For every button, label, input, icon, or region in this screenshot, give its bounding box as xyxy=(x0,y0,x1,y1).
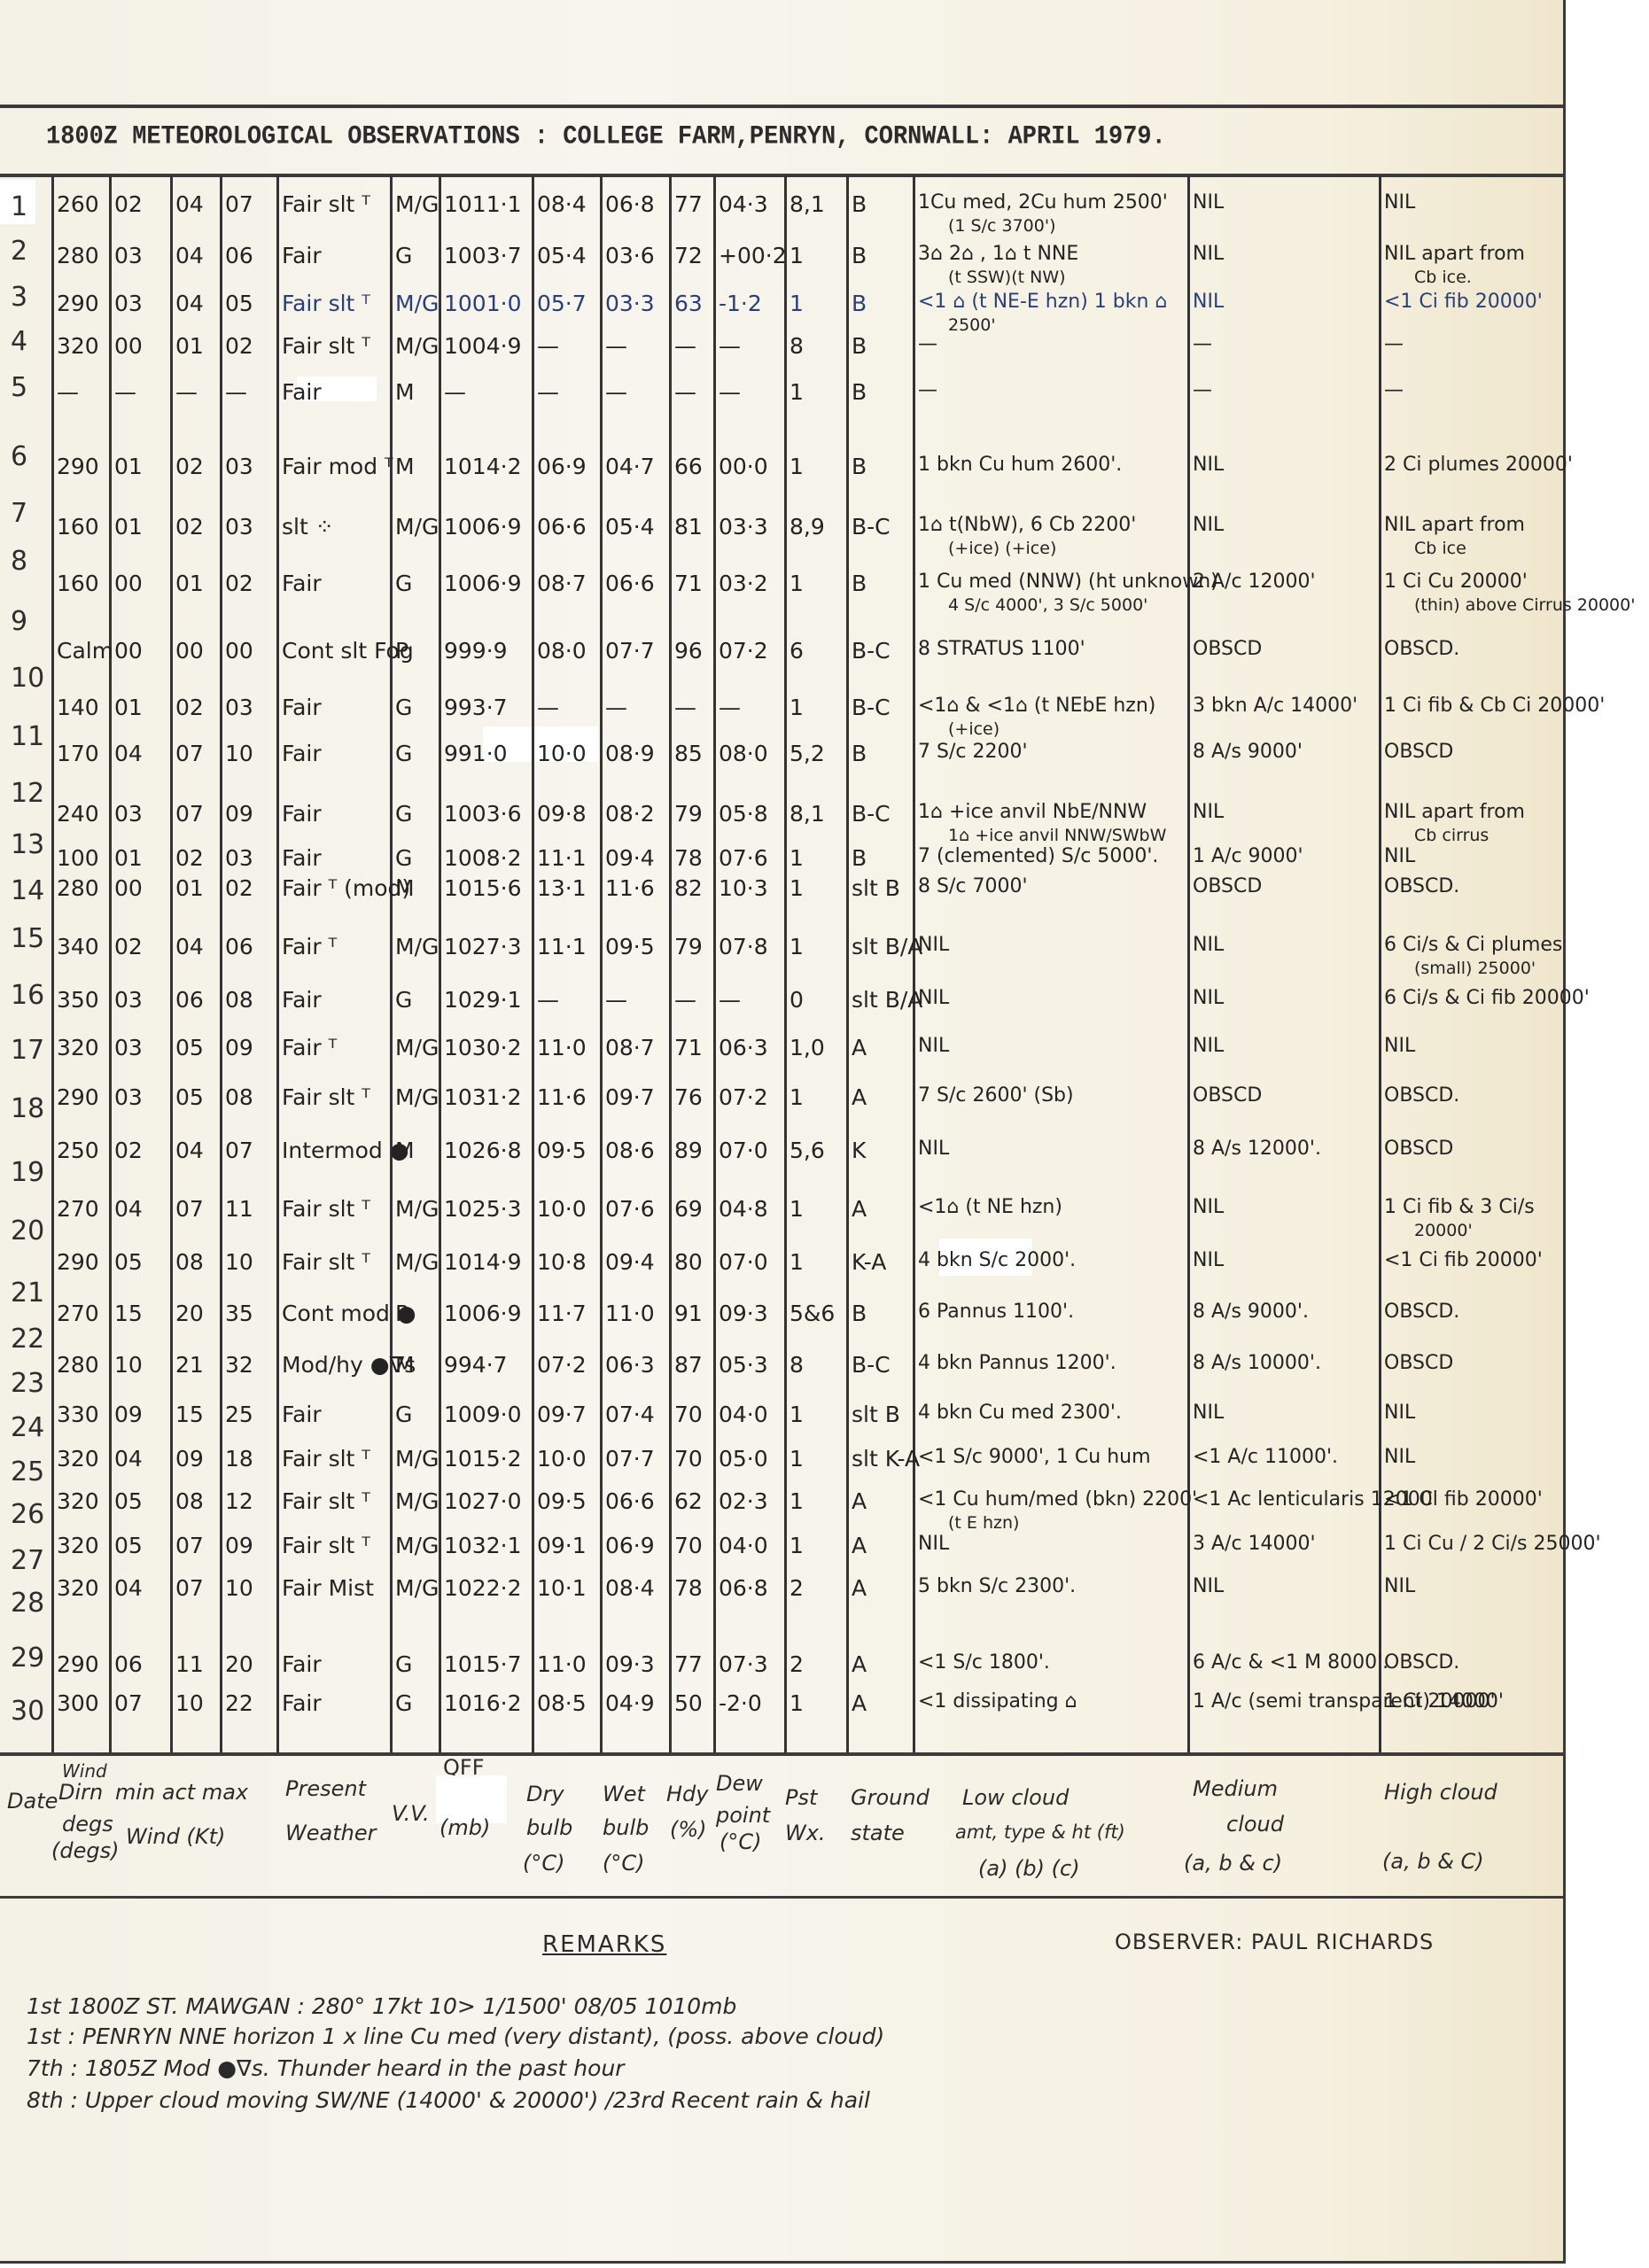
cell-high: 1 Ci 20000' xyxy=(1384,1690,1496,1713)
cell-wx: Fair xyxy=(282,1402,322,1427)
cell-vis: M/G xyxy=(395,934,439,959)
cell-dir: 280 xyxy=(57,243,99,268)
label-dew-point: point xyxy=(716,1804,770,1829)
cell-high: NIL xyxy=(1384,1035,1415,1057)
cell-min: 01 xyxy=(114,845,143,871)
cell-pst: 1 xyxy=(789,695,804,720)
cell-high: <1 Ci fib 20000' xyxy=(1384,291,1543,313)
cell-high: NIL apart from xyxy=(1384,514,1525,536)
cell-act: 01 xyxy=(175,571,204,596)
cell-wet: 07·7 xyxy=(605,638,655,664)
cell-wx: Fair ᵀ xyxy=(282,934,337,959)
cell-gnd: A xyxy=(852,1575,867,1601)
cell-wx: Fair slt ᵀ xyxy=(282,1084,370,1110)
cell-dry: 09·7 xyxy=(537,1402,587,1427)
cell-low: 7 S/c 2200' xyxy=(918,741,1028,763)
cell-dir: 300 xyxy=(57,1690,99,1716)
cell-gnd: A xyxy=(852,1196,867,1222)
cell-qff: 1022·2 xyxy=(444,1575,521,1601)
cell-hum: 77 xyxy=(674,1651,703,1677)
cell-high: — xyxy=(1384,333,1404,355)
cell-hum: 81 xyxy=(674,514,703,540)
cell-vis: G xyxy=(395,1651,412,1677)
cell-act: 07 xyxy=(175,1533,204,1558)
cell-vis: M/G xyxy=(395,1533,439,1558)
cell-qff: 1006·9 xyxy=(444,1301,521,1326)
cell-wx: Fair slt ᵀ xyxy=(282,333,370,359)
cell-high: OBSCD xyxy=(1384,741,1453,763)
cell-max: 10 xyxy=(225,1249,253,1275)
cell-pst: 5&6 xyxy=(789,1301,835,1326)
cell-qff: 1027·0 xyxy=(444,1488,521,1514)
cell-low-continued: 2500' xyxy=(948,315,996,335)
cell-max: 06 xyxy=(225,934,253,959)
cell-wet: 11·6 xyxy=(605,875,655,901)
cell-dew: 06·8 xyxy=(719,1575,768,1601)
cell-max: 25 xyxy=(225,1402,253,1427)
cell-max: 08 xyxy=(225,1084,253,1110)
cell-min: 00 xyxy=(114,333,143,359)
cell-dir: 100 xyxy=(57,845,99,871)
cell-act: 07 xyxy=(175,741,204,766)
label-wet-unit: (°C) xyxy=(603,1852,644,1876)
cell-qff: 1015·7 xyxy=(444,1651,521,1677)
cell-dir: 290 xyxy=(57,1084,99,1110)
cell-dir: 350 xyxy=(57,987,99,1013)
cell-gnd: B xyxy=(852,379,867,405)
cell-gnd: A xyxy=(852,1690,867,1716)
cell-wet: 08·2 xyxy=(605,801,655,827)
cell-dir: 250 xyxy=(57,1138,99,1163)
cell-min: 05 xyxy=(114,1249,143,1275)
cell-vis: M xyxy=(395,454,415,479)
cell-gnd: B xyxy=(852,845,867,871)
cell-high: OBSCD. xyxy=(1384,875,1459,897)
label-high-cloud: High cloud xyxy=(1384,1781,1497,1806)
cell-dew: — xyxy=(719,987,741,1013)
cell-dir: 330 xyxy=(57,1402,99,1427)
cell-hum: 71 xyxy=(674,571,703,596)
cell-wet: — xyxy=(605,379,627,405)
cell-max: 22 xyxy=(225,1690,253,1716)
cell-med: 8 A/s 9000' xyxy=(1193,741,1303,763)
cell-wet: 08·6 xyxy=(605,1138,655,1163)
cell-max: 07 xyxy=(225,1138,253,1163)
cell-pst: 1 xyxy=(789,875,804,901)
cell-wet: 06·9 xyxy=(605,1533,655,1558)
cell-dry: — xyxy=(537,987,559,1013)
label-dry: Dry xyxy=(526,1783,564,1807)
cell-dir: 290 xyxy=(57,454,99,479)
cell-act: 11 xyxy=(175,1651,204,1677)
cell-med: NIL xyxy=(1193,1196,1224,1218)
cell-min: 01 xyxy=(114,695,143,720)
cell-dry: 08·4 xyxy=(537,191,587,217)
cell-wx: Fair xyxy=(282,741,322,766)
cell-qff: 1006·9 xyxy=(444,514,521,540)
label-wet: Wet xyxy=(603,1783,645,1807)
cell-med: NIL xyxy=(1193,934,1224,956)
cell-act: 02 xyxy=(175,845,204,871)
cell-max: 18 xyxy=(225,1446,253,1472)
label-pst-wx: Wx. xyxy=(785,1821,826,1846)
cell-wx: Fair xyxy=(282,1690,322,1716)
cell-min: 05 xyxy=(114,1488,143,1514)
cell-high: <1 Ci fib 20000' xyxy=(1384,1488,1543,1511)
cell-vis: M xyxy=(395,875,415,901)
cell-dry: 11·0 xyxy=(537,1651,587,1677)
cell-qff: 994·7 xyxy=(444,1352,508,1378)
cell-high: 6 Ci/s & Ci fib 20000' xyxy=(1384,987,1564,1009)
cell-dry: 13·1 xyxy=(537,875,587,901)
cell-dew: 05·3 xyxy=(719,1352,768,1378)
cell-dew: 06·3 xyxy=(719,1035,768,1060)
cell-qff: 1008·2 xyxy=(444,845,521,871)
cell-med: <1 A/c 11000'. xyxy=(1193,1446,1338,1468)
cell-hum: 80 xyxy=(674,1249,703,1275)
cell-gnd: A xyxy=(852,1488,867,1514)
cell-vis: M/G xyxy=(395,1084,439,1110)
cell-qff: 1015·6 xyxy=(444,875,521,901)
cell-gnd: slt B/A xyxy=(852,934,922,959)
cell-qff: 1011·1 xyxy=(444,191,521,217)
cell-max: 03 xyxy=(225,454,253,479)
cell-low: 1⌂ +ice anvil NbE/NNW xyxy=(918,801,1147,823)
cell-pst: 1 xyxy=(789,1446,804,1472)
day-number: 23 xyxy=(11,1368,44,1399)
cell-hum: 79 xyxy=(674,801,703,827)
cell-hum: 72 xyxy=(674,243,703,268)
cell-med: OBSCD xyxy=(1193,875,1262,897)
cell-high: 1 Ci Cu / 2 Ci/s 25000' xyxy=(1384,1533,1564,1555)
cell-med: NIL xyxy=(1193,1035,1224,1057)
cell-qff: 1014·2 xyxy=(444,454,521,479)
day-number: 8 xyxy=(11,546,27,577)
cell-qff: 1026·8 xyxy=(444,1138,521,1163)
day-number: 4 xyxy=(11,326,27,357)
cell-gnd: B xyxy=(852,333,867,359)
cell-act: 04 xyxy=(175,243,204,268)
cell-hum: — xyxy=(674,333,696,359)
cell-max: 09 xyxy=(225,801,253,827)
cell-min: 09 xyxy=(114,1402,143,1427)
cell-med: 8 A/s 12000'. xyxy=(1193,1138,1321,1160)
day-number: 2 xyxy=(11,236,27,267)
label-medium-abc: (a, b & c) xyxy=(1184,1852,1282,1876)
cell-max: 00 xyxy=(225,638,253,664)
cell-qff: 1004·9 xyxy=(444,333,521,359)
cell-wx: Fair xyxy=(282,987,322,1013)
cell-vis: M/G xyxy=(395,514,439,540)
cell-act: 07 xyxy=(175,801,204,827)
cell-act: 09 xyxy=(175,1446,204,1472)
cell-low-continued: (+ice) xyxy=(948,719,1000,739)
cell-act: 21 xyxy=(175,1352,204,1378)
cell-qff: 1025·3 xyxy=(444,1196,521,1222)
column-divider xyxy=(1379,175,1381,1752)
label-medium-cloud: cloud xyxy=(1226,1813,1284,1837)
column-divider xyxy=(600,175,603,1752)
column-divider xyxy=(170,175,173,1752)
cell-wet: 09·3 xyxy=(605,1651,655,1677)
label-date: Date xyxy=(7,1790,58,1814)
cell-wet: 11·0 xyxy=(605,1301,655,1326)
cell-dir: 140 xyxy=(57,695,99,720)
label-low-cloud: Low cloud xyxy=(962,1786,1069,1811)
cell-min: 03 xyxy=(114,243,143,268)
label-pst: Pst xyxy=(785,1786,817,1811)
cell-high: NIL apart from xyxy=(1384,801,1525,823)
cell-dry: 09·8 xyxy=(537,801,587,827)
cell-low: 4 bkn Cu med 2300'. xyxy=(918,1402,1122,1424)
cell-max: 32 xyxy=(225,1352,253,1378)
cell-min: 02 xyxy=(114,191,143,217)
cell-max: 09 xyxy=(225,1035,253,1060)
remark-line: 7th : 1805Z Mod ●∇s. Thunder heard in th… xyxy=(27,2055,625,2081)
cell-min: 01 xyxy=(114,514,143,540)
cell-med: 3 A/c 14000' xyxy=(1193,1533,1316,1555)
cell-act: 02 xyxy=(175,454,204,479)
cell-qff: 1027·3 xyxy=(444,934,521,959)
cell-max: 05 xyxy=(225,291,253,316)
cell-wet: — xyxy=(605,987,627,1013)
label-ground: Ground xyxy=(851,1786,930,1811)
label-wind-min-act-max: min act max xyxy=(115,1781,248,1806)
cell-vis: M xyxy=(395,1352,415,1378)
cell-gnd: B-C xyxy=(852,801,891,827)
cell-pst: 1 xyxy=(789,1084,804,1110)
cell-low: <1 S/c 1800'. xyxy=(918,1651,1050,1674)
cell-low: — xyxy=(918,379,937,401)
cell-min: 03 xyxy=(114,1035,143,1060)
cell-high: OBSCD. xyxy=(1384,638,1459,660)
cell-low: 1 Cu med (NNW) (ht unknown) xyxy=(918,571,1186,593)
cell-low: <1 Cu hum/med (bkn) 2200' xyxy=(918,1488,1186,1511)
cell-low: 1 bkn Cu hum 2600'. xyxy=(918,454,1122,476)
cell-vis: M/G xyxy=(395,333,439,359)
cell-low-continued: 4 S/c 4000', 3 S/c 5000' xyxy=(948,595,1147,615)
column-divider xyxy=(784,175,787,1752)
cell-qff: 1016·2 xyxy=(444,1690,521,1716)
cell-act: 10 xyxy=(175,1690,204,1716)
cell-high: 1 Ci fib & Cb Ci 20000' xyxy=(1384,695,1564,717)
cell-high: 1 Ci fib & 3 Ci/s xyxy=(1384,1196,1535,1218)
cell-vis: G xyxy=(395,695,412,720)
day-number: 18 xyxy=(11,1093,44,1124)
label-wind-kt: Wind (Kt) xyxy=(126,1825,225,1850)
cell-low: <1 dissipating ⌂ xyxy=(918,1690,1077,1713)
label-present: Present xyxy=(285,1777,366,1802)
column-divider xyxy=(390,175,393,1752)
cell-dir: — xyxy=(57,379,79,405)
cell-qff: 1014·9 xyxy=(444,1249,521,1275)
cell-dir: 290 xyxy=(57,291,99,316)
cell-dry: 08·0 xyxy=(537,638,587,664)
cell-med: 3 bkn A/c 14000' xyxy=(1193,695,1357,717)
cell-med: NIL xyxy=(1193,1402,1224,1424)
cell-wet: 08·9 xyxy=(605,741,655,766)
column-divider xyxy=(532,175,534,1752)
column-divider xyxy=(1187,175,1190,1752)
cell-vis: G xyxy=(395,741,412,766)
cell-act: 05 xyxy=(175,1084,204,1110)
cell-max: 07 xyxy=(225,191,253,217)
cell-pst: 1 xyxy=(789,454,804,479)
cell-vis: G xyxy=(395,1690,412,1716)
cell-dry: 11·0 xyxy=(537,1035,587,1060)
day-number: 1 xyxy=(11,191,27,222)
cell-wet: 06·6 xyxy=(605,571,655,596)
label-high-abc: (a, b & C) xyxy=(1382,1850,1484,1875)
title-rule-bottom xyxy=(0,174,1566,177)
cell-vis: M/G xyxy=(395,1196,439,1222)
label-humidity: Hdy xyxy=(666,1783,708,1807)
cell-vis: M/G xyxy=(395,1488,439,1514)
cell-gnd: B xyxy=(852,571,867,596)
cell-vis: G xyxy=(395,987,412,1013)
cell-gnd: slt B xyxy=(852,875,900,901)
cell-gnd: B xyxy=(852,1301,867,1326)
cell-max: 03 xyxy=(225,695,253,720)
cell-high: 2 Ci plumes 20000' xyxy=(1384,454,1564,476)
cell-gnd: B xyxy=(852,243,867,268)
cell-max: 08 xyxy=(225,987,253,1013)
cell-dew: 02·3 xyxy=(719,1488,768,1514)
day-number: 29 xyxy=(11,1643,44,1674)
cell-low: 3⌂ 2⌂ , 1⌂ t NNE xyxy=(918,243,1078,265)
cell-dew: 07·0 xyxy=(719,1138,768,1163)
column-divider xyxy=(669,175,672,1752)
cell-dew: 07·2 xyxy=(719,1084,768,1110)
day-number: 19 xyxy=(11,1157,44,1188)
cell-hum: 70 xyxy=(674,1402,703,1427)
cell-med: 1 A/c 9000' xyxy=(1193,845,1303,867)
cell-wet: 09·7 xyxy=(605,1084,655,1110)
cell-qff: 1015·2 xyxy=(444,1446,521,1472)
cell-dew: 03·2 xyxy=(719,571,768,596)
cell-med: NIL xyxy=(1193,1575,1224,1597)
remarks-heading: REMARKS xyxy=(542,1931,666,1958)
cell-wx: Intermod ● xyxy=(282,1138,409,1163)
cell-hum: — xyxy=(674,695,696,720)
cell-low: 8 S/c 7000' xyxy=(918,875,1028,897)
cell-min: 05 xyxy=(114,1533,143,1558)
cell-act: 04 xyxy=(175,1138,204,1163)
cell-max: 06 xyxy=(225,243,253,268)
cell-pst: 1 xyxy=(789,571,804,596)
cell-high: NIL xyxy=(1384,1575,1415,1597)
cell-gnd: A xyxy=(852,1035,867,1060)
cell-dir: 320 xyxy=(57,1533,99,1558)
cell-low: 1⌂ t(NbW), 6 Cb 2200' xyxy=(918,514,1136,536)
cell-high: OBSCD xyxy=(1384,1138,1453,1160)
cell-dir: Calm xyxy=(57,638,113,664)
cell-low: 7 S/c 2600' (Sb) xyxy=(918,1084,1074,1107)
cell-act: 02 xyxy=(175,695,204,720)
label-dirn: Dirn xyxy=(58,1781,103,1806)
cell-wx: Fair xyxy=(282,801,322,827)
cell-wet: 07·4 xyxy=(605,1402,655,1427)
day-number: 6 xyxy=(11,441,27,472)
cell-act: 20 xyxy=(175,1301,204,1326)
cell-high: — xyxy=(1384,379,1404,401)
label-weather: Weather xyxy=(285,1821,376,1846)
cell-max: 10 xyxy=(225,1575,253,1601)
cell-dir: 160 xyxy=(57,571,99,596)
cell-dry: — xyxy=(537,695,559,720)
cell-min: 02 xyxy=(114,1138,143,1163)
label-low-cloud-abc: (a) (b) (c) xyxy=(978,1857,1080,1882)
cell-high: OBSCD. xyxy=(1384,1651,1459,1674)
cell-pst: 1 xyxy=(789,845,804,871)
cell-dir: 170 xyxy=(57,741,99,766)
cell-min: 03 xyxy=(114,801,143,827)
remark-line: 1st : PENRYN NNE horizon 1 x line Cu med… xyxy=(27,2023,884,2049)
cell-gnd: B xyxy=(852,741,867,766)
cell-low-continued: (t SSW)(t NW) xyxy=(948,268,1066,287)
cell-dew: 07·0 xyxy=(719,1249,768,1275)
cell-min: 01 xyxy=(114,454,143,479)
cell-low: NIL xyxy=(918,934,949,956)
label-dry-bulb: bulb xyxy=(526,1816,572,1841)
cell-dir: 240 xyxy=(57,801,99,827)
cell-high: NIL apart from xyxy=(1384,243,1525,265)
cell-hum: — xyxy=(674,379,696,405)
cell-dew: — xyxy=(719,333,741,359)
cell-hum: 77 xyxy=(674,191,703,217)
cell-act: 04 xyxy=(175,191,204,217)
cell-high-continued: Cb ice xyxy=(1414,539,1466,558)
label-dew: Dew xyxy=(716,1772,763,1797)
cell-min: 02 xyxy=(114,934,143,959)
cell-wx: Fair ᵀ (mod) xyxy=(282,875,410,901)
cell-high: OBSCD. xyxy=(1384,1301,1459,1323)
cell-pst: 8,1 xyxy=(789,801,825,827)
cell-vis: M/G xyxy=(395,291,439,316)
cell-wx: Fair slt ᵀ xyxy=(282,1533,370,1558)
cell-med: NIL xyxy=(1193,801,1224,823)
cell-pst: 1 xyxy=(789,291,804,316)
column-divider xyxy=(51,175,54,1752)
cell-act: 08 xyxy=(175,1249,204,1275)
cell-low-continued: 1⌂ +ice anvil NNW/SWbW xyxy=(948,826,1166,845)
label-vis: V.V. xyxy=(392,1802,430,1827)
cell-pst: 1 xyxy=(789,1488,804,1514)
column-divider xyxy=(276,175,279,1752)
cell-min: 04 xyxy=(114,1446,143,1472)
cell-high-continued: (small) 25000' xyxy=(1414,959,1536,978)
cell-dew: 05·0 xyxy=(719,1446,768,1472)
cell-hum: 50 xyxy=(674,1690,703,1716)
cell-low: 8 STRATUS 1100' xyxy=(918,638,1085,660)
cell-med: NIL xyxy=(1193,987,1224,1009)
cell-low: <1⌂ (t NE hzn) xyxy=(918,1196,1062,1218)
label-humidity-unit: (%) xyxy=(670,1818,707,1843)
cell-qff: 1031·2 xyxy=(444,1084,521,1110)
cell-dry: 11·7 xyxy=(537,1301,587,1326)
cell-high: <1 Ci fib 20000' xyxy=(1384,1249,1543,1271)
cell-dry: 11·1 xyxy=(537,934,587,959)
cell-act: 05 xyxy=(175,1035,204,1060)
day-number: 11 xyxy=(11,721,44,752)
label-medium: Medium xyxy=(1193,1777,1278,1802)
cell-gnd: slt K-A xyxy=(852,1446,920,1472)
cell-min: 04 xyxy=(114,741,143,766)
cell-qff: 1032·1 xyxy=(444,1533,521,1558)
cell-dew: — xyxy=(719,379,741,405)
cell-vis: P xyxy=(395,638,408,664)
cell-act: 04 xyxy=(175,934,204,959)
